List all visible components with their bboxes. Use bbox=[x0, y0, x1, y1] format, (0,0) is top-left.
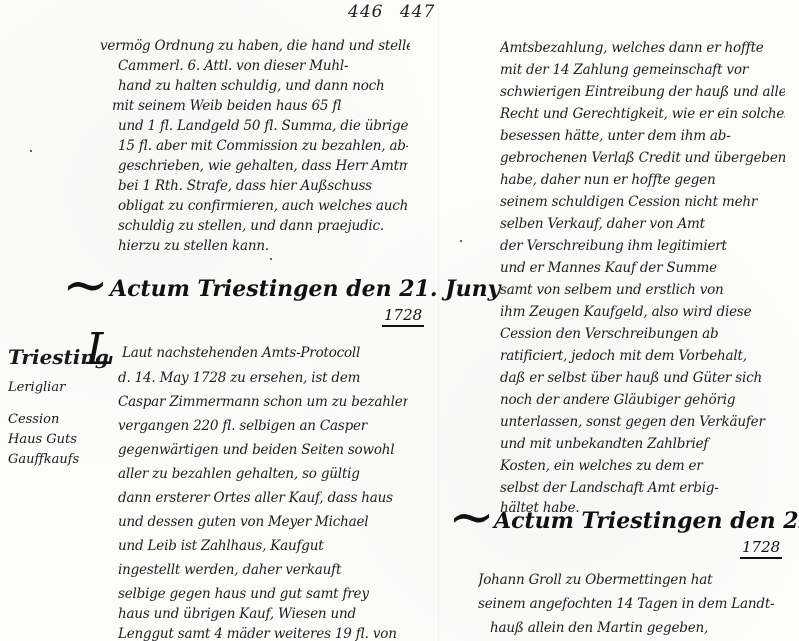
text-line: d. 14. May 1728 zu ersehen, ist dem bbox=[118, 370, 408, 386]
text-line: 15 fl. aber mit Commission zu bezahlen, … bbox=[118, 138, 408, 154]
text-line: ingestellt werden, daher verkauft bbox=[118, 562, 408, 578]
text-line: Lenggut samt 4 mäder weiteres 19 fl. von bbox=[118, 626, 408, 641]
text-line: und 1 fl. Landgeld 50 fl. Summa, die übr… bbox=[118, 118, 408, 134]
text-line: seinem angefochten 14 Tagen in dem Landt… bbox=[478, 596, 778, 612]
text-line: dann ersterer Ortes aller Kauf, dass hau… bbox=[118, 490, 408, 506]
text-line: Amtsbezahlung, welches dann er hoffte bbox=[500, 40, 785, 56]
text-line: vergangen 220 fl. selbigen an Casper bbox=[118, 418, 408, 434]
margin-note: Gauffkaufs bbox=[8, 452, 79, 467]
text-line: ihm Zeugen Kaufgeld, also wird diese bbox=[500, 304, 785, 320]
text-line: geschrieben, wie gehalten, dass Herr Amt… bbox=[118, 158, 408, 174]
text-line: Cession den Verschreibungen ab bbox=[500, 326, 785, 342]
text-line: und Leib ist Zahlhaus, Kaufgut bbox=[118, 538, 408, 554]
text-line: mit der 14 Zahlung gemeinschaft vor bbox=[500, 62, 785, 78]
scan-speck bbox=[460, 240, 462, 242]
text-line: unterlassen, sonst gegen den Verkäufer bbox=[500, 414, 785, 430]
text-line: selbige gegen haus und gut samt frey bbox=[118, 586, 408, 602]
text-line: gebrochenen Verlaß Credit und übergeben bbox=[500, 150, 785, 166]
text-line: selben Verkauf, daher von Amt bbox=[500, 216, 785, 232]
text-line: seinem schuldigen Cession nicht mehr bbox=[500, 194, 785, 210]
text-line: haus und übrigen Kauf, Wiesen und bbox=[118, 606, 408, 622]
heading-year: 1728 bbox=[740, 538, 782, 559]
text-line: Recht und Gerechtigkeit, wie er ein solc… bbox=[500, 106, 785, 122]
text-line: Caspar Zimmermann schon um zu bezahlen bbox=[118, 394, 408, 410]
scan-speck bbox=[612, 484, 614, 486]
text-line: schuldig zu stellen, und dann praejudic. bbox=[118, 218, 408, 234]
text-line: Johann Groll zu Obermettingen hat bbox=[478, 572, 778, 588]
text-line: aller zu bezahlen gehalten, so gültig bbox=[118, 466, 408, 482]
page-gutter bbox=[438, 0, 439, 641]
text-line: Laut nachstehenden Amts-Protocoll bbox=[122, 345, 412, 361]
text-line: selbst der Landschaft Amt erbig- bbox=[500, 480, 785, 496]
text-line: und er Mannes Kauf der Summe bbox=[500, 260, 785, 276]
text-line: ratificiert, jedoch mit dem Vorbehalt, bbox=[500, 348, 785, 364]
heading-flourish: ~ bbox=[448, 490, 495, 546]
margin-note: Haus Guts bbox=[8, 432, 77, 447]
text-line: vermög Ordnung zu haben, die hand und st… bbox=[100, 38, 410, 54]
text-line: hand zu halten schuldig, und dann noch bbox=[118, 78, 410, 94]
initial-flourish: L bbox=[86, 328, 115, 372]
text-line: hierzu zu stellen kann. bbox=[118, 238, 318, 254]
page-number-left: 446 bbox=[348, 2, 383, 22]
margin-note: Lerigliar bbox=[8, 380, 65, 395]
text-line: samt von selbem und erstlich von bbox=[500, 282, 785, 298]
scan-speck bbox=[270, 258, 272, 260]
text-line: hauß allein den Martin gegeben, bbox=[490, 620, 780, 636]
text-line: Kosten, ein welches zu dem er bbox=[500, 458, 785, 474]
text-line: bei 1 Rth. Strafe, dass hier Außschuss bbox=[118, 178, 408, 194]
margin-note: Cession bbox=[8, 412, 59, 427]
heading-text: Actum Triestingen den 22. Juny bbox=[494, 508, 799, 534]
text-line: und mit unbekandten Zahlbrief bbox=[500, 436, 785, 452]
section-heading: Actum Triestingen den 22. Juny 1728 bbox=[494, 508, 799, 534]
text-line: besessen hätte, unter dem ihm ab- bbox=[500, 128, 785, 144]
text-line: obligat zu confirmieren, auch welches au… bbox=[118, 198, 408, 214]
scanned-manuscript: 446 447 vermög Ordnung zu haben, die han… bbox=[0, 0, 799, 641]
text-line: und dessen guten von Meyer Michael bbox=[118, 514, 408, 530]
text-line: daß er selbst über hauß und Güter sich bbox=[500, 370, 785, 386]
text-line: habe, daher nun er hoffte gegen bbox=[500, 172, 785, 188]
text-line: mit seinem Weib beiden haus 65 fl bbox=[112, 98, 408, 114]
heading-year: 1728 bbox=[382, 306, 424, 327]
heading-flourish: ~ bbox=[62, 258, 109, 314]
scan-speck bbox=[30, 150, 32, 152]
text-line: der Verschreibung ihm legitimiert bbox=[500, 238, 785, 254]
section-heading: Actum Triestingen den 21. Juny 1728 bbox=[110, 276, 500, 302]
heading-text: Actum Triestingen den 21. Juny bbox=[110, 276, 500, 302]
text-line: gegenwärtigen und beiden Seiten sowohl bbox=[118, 442, 408, 458]
page-numbers: 446 447 bbox=[348, 2, 445, 22]
page-number-right: 447 bbox=[400, 2, 435, 22]
text-line: schwierigen Eintreibung der hauß und all… bbox=[500, 84, 785, 100]
text-line: Cammerl. 6. Attl. von dieser Muhl- bbox=[118, 58, 410, 74]
text-line: noch der andere Gläubiger gehörig bbox=[500, 392, 785, 408]
